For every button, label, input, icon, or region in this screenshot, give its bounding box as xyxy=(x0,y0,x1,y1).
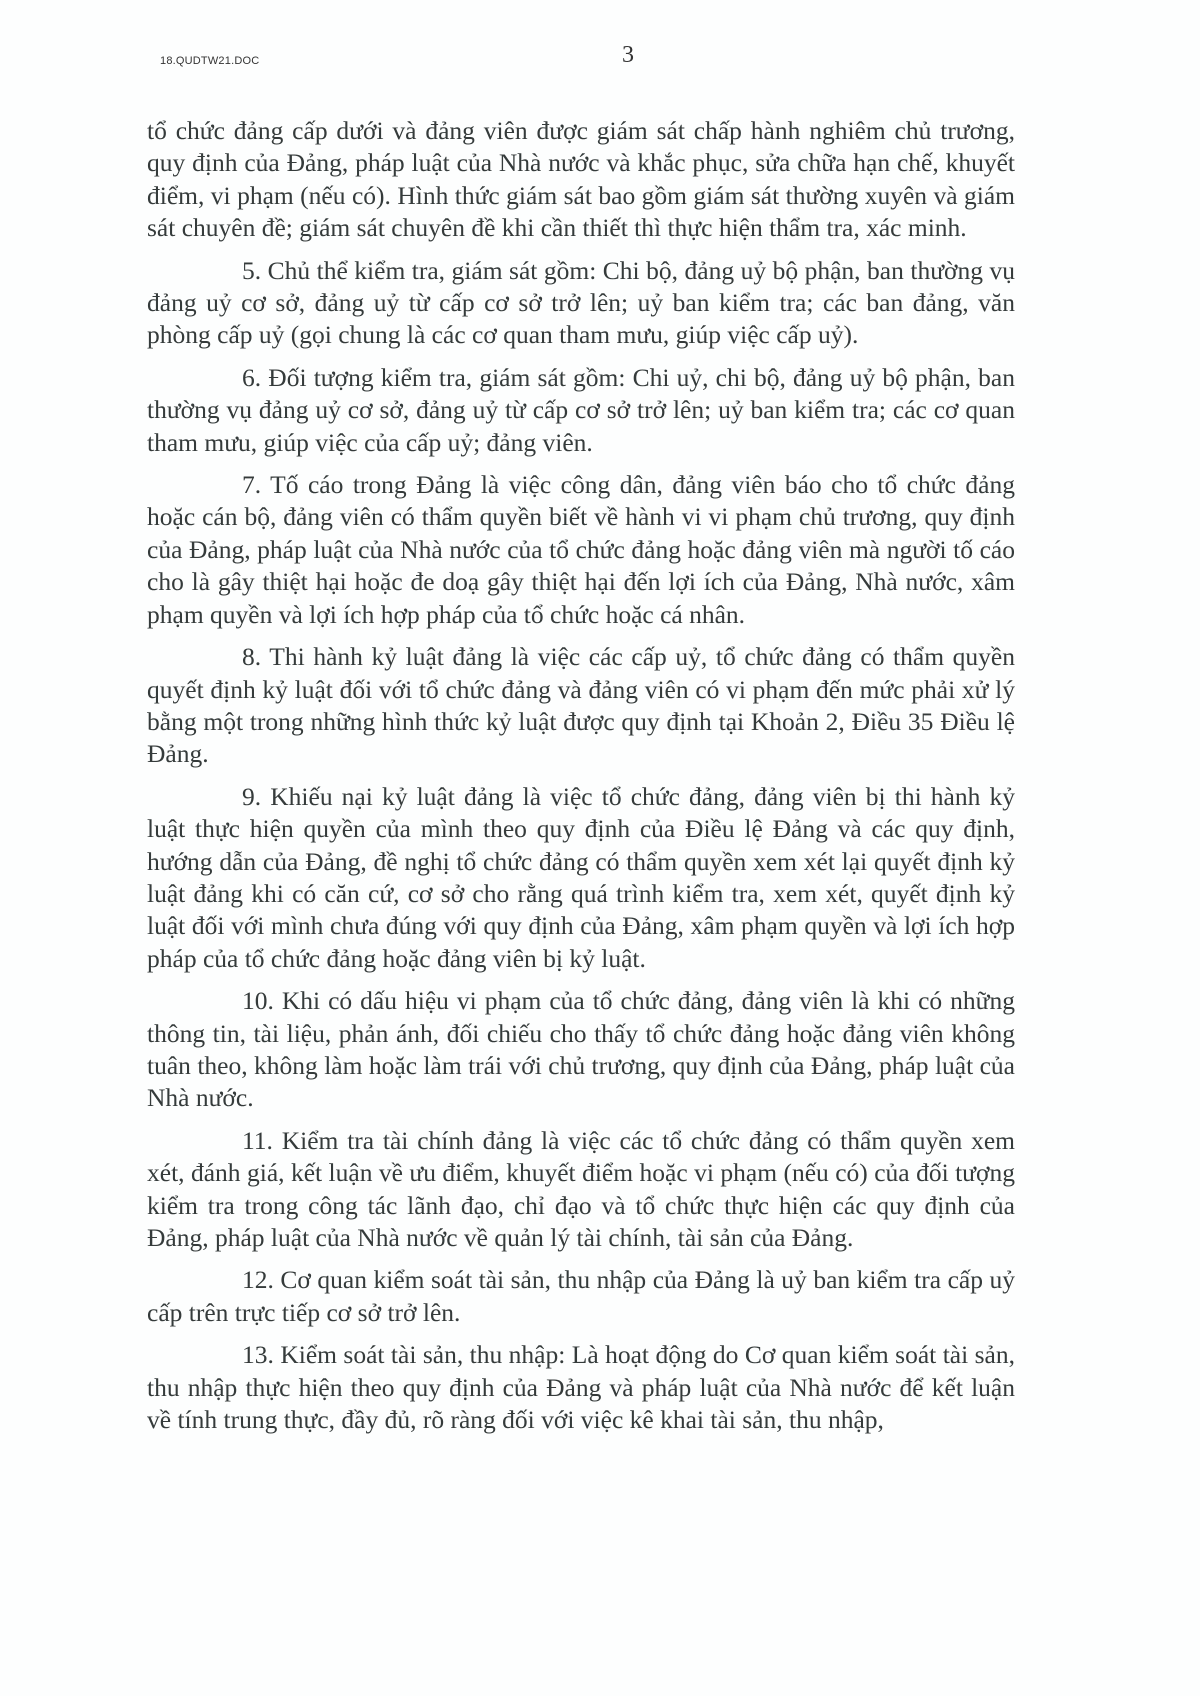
page-number: 3 xyxy=(622,42,634,69)
paragraph-item-5: 5. Chủ thể kiểm tra, giám sát gồm: Chi b… xyxy=(147,255,1015,352)
paragraph-item-13: 13. Kiểm soát tài sản, thu nhập: Là hoạt… xyxy=(147,1339,1015,1436)
paragraph-continuation: tổ chức đảng cấp dưới và đảng viên được … xyxy=(147,115,1015,245)
paragraph-item-6: 6. Đối tượng kiểm tra, giám sát gồm: Chi… xyxy=(147,362,1015,459)
paragraph-item-8: 8. Thi hành kỷ luật đảng là việc các cấp… xyxy=(147,641,1015,771)
paragraph-item-9: 9. Khiếu nại kỷ luật đảng là việc tổ chứ… xyxy=(147,781,1015,975)
paragraph-item-7: 7. Tố cáo trong Đảng là việc công dân, đ… xyxy=(147,469,1015,631)
paragraph-item-12: 12. Cơ quan kiểm soát tài sản, thu nhập … xyxy=(147,1264,1015,1329)
paragraph-item-10: 10. Khi có dấu hiệu vi phạm của tổ chức … xyxy=(147,985,1015,1115)
document-file-name: 18.QUDTW21.DOC xyxy=(160,55,259,67)
document-body: tổ chức đảng cấp dưới và đảng viên được … xyxy=(147,115,1015,1446)
paragraph-item-11: 11. Kiểm tra tài chính đảng là việc các … xyxy=(147,1125,1015,1255)
